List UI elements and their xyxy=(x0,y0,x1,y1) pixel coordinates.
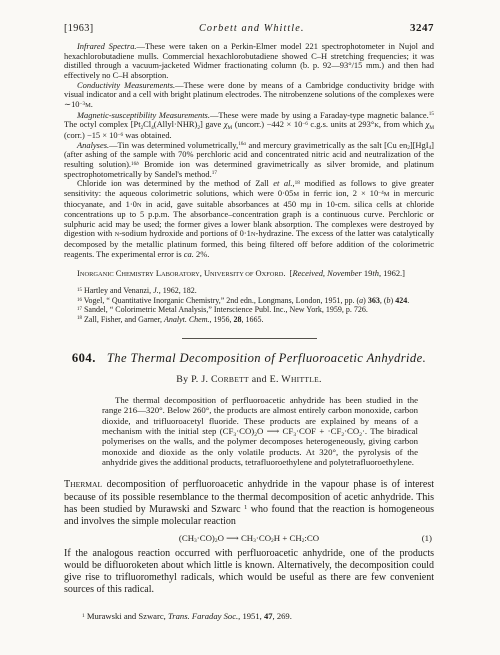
paragraph-chloride: Chloride ion was determined by the metho… xyxy=(64,179,434,259)
footnote-15: 15 Hartley and Venanzi, J., 1962, 182. xyxy=(64,286,434,295)
experimental-section: Infrared Spectra.—These were taken on a … xyxy=(64,42,434,259)
article-byline: By P. J. CORBETT and E. WHITTLE. xyxy=(64,374,434,385)
paragraph-analyses: Analyses.—Tin was determined volumetrica… xyxy=(64,141,434,180)
equation-number: (1) xyxy=(422,532,432,545)
paragraph-magnetic-susceptibility: Magnetic-susceptibility Measurements.—Th… xyxy=(64,111,434,141)
article-abstract: The thermal decomposition of perfluoroac… xyxy=(102,395,418,467)
equation-formula: (CH3·CO)2O ⟶ CH3·CO2H + CH2:CO xyxy=(179,533,319,543)
body-paragraph-2: If the analogous reaction occurred with … xyxy=(64,548,434,596)
footnote-1: 1 Murawski and Szwarc, Trans. Faraday So… xyxy=(64,611,434,621)
article-title: The Thermal Decomposition of Perfluoroac… xyxy=(107,351,426,365)
journal-page: [1963] Corbett and Whittle. 3247 Infrare… xyxy=(0,0,500,655)
paragraph-conductivity: Conductivity Measurements.—These were do… xyxy=(64,81,434,111)
issue-year: [1963] xyxy=(64,23,94,34)
article-title-line: 604.The Thermal Decomposition of Perfluo… xyxy=(64,351,434,366)
page-number: 3247 xyxy=(410,22,434,34)
equation-1: (CH3·CO)2O ⟶ CH3·CO2H + CH2:CO (1) xyxy=(64,532,434,545)
running-title: Corbett and Whittle. xyxy=(199,23,304,34)
affiliation-received-line: INORGANIC CHEMISTRY LABORATORY, UNIVERSI… xyxy=(64,268,434,280)
footnote-16: 16 Vogel, “ Quantitative Inorganic Chemi… xyxy=(64,296,434,305)
footnotes-previous-article: 15 Hartley and Venanzi, J., 1962, 182. 1… xyxy=(64,286,434,324)
footnote-18: 18 Zall, Fisher, and Garner, Analyt. Che… xyxy=(64,315,434,324)
article-divider-rule xyxy=(182,338,317,339)
page-header: [1963] Corbett and Whittle. 3247 xyxy=(64,22,434,34)
article-number: 604. xyxy=(72,351,96,365)
footnote-17: 17 Sandel, “ Colorimetric Metal Analysis… xyxy=(64,305,434,314)
body-paragraph-1: THERMAL decomposition of perfluoroacetic… xyxy=(64,479,434,527)
article: 604.The Thermal Decomposition of Perfluo… xyxy=(64,351,434,621)
paragraph-infrared-spectra: Infrared Spectra.—These were taken on a … xyxy=(64,42,434,81)
